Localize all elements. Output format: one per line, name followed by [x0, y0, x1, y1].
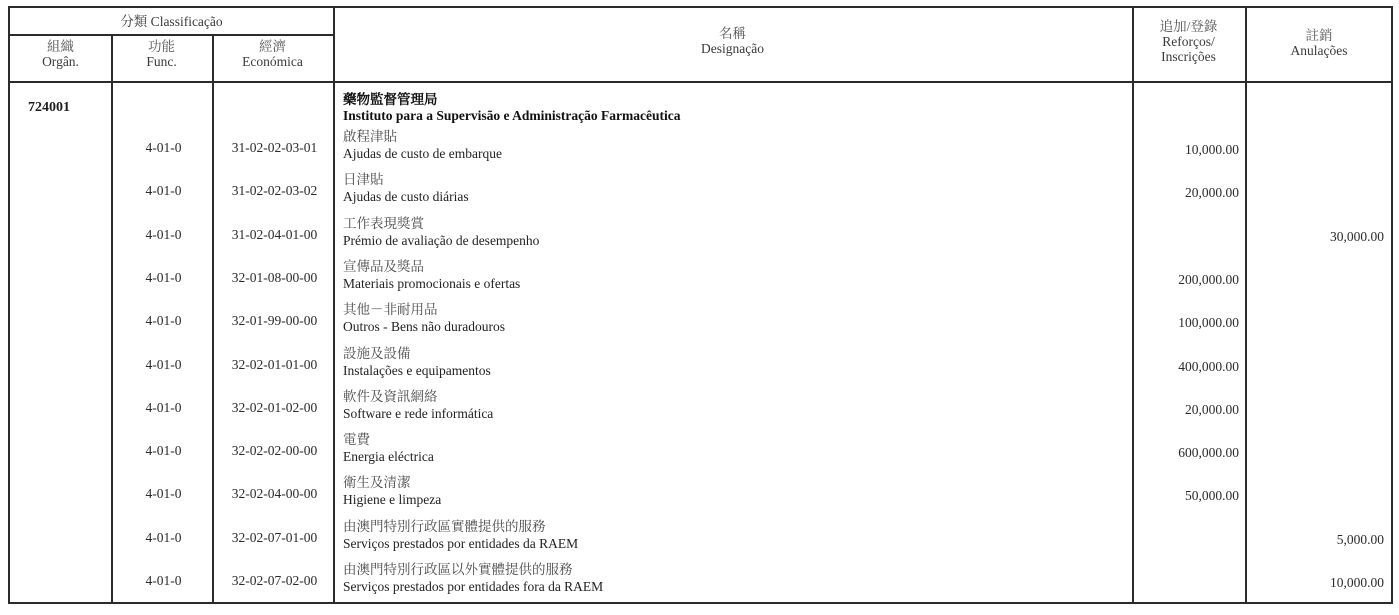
- header-func: 功能 Func.: [111, 39, 212, 69]
- reinforcement-amount: 20,000.00: [1136, 402, 1239, 418]
- func-code: 4-01-0: [113, 443, 214, 459]
- annulment-amount: 30,000.00: [1249, 229, 1384, 245]
- header-annulments-zh: 註銷: [1245, 28, 1393, 43]
- designation-pt: Serviços prestados por entidades da RAEM: [343, 535, 578, 552]
- header-organ-pt: Orgân.: [42, 54, 79, 69]
- header-econ-zh: 經濟: [212, 39, 333, 54]
- econ-code: 31-02-04-01-00: [214, 227, 335, 243]
- designation: 啟程津貼Ajudas de custo de embarque: [343, 128, 502, 162]
- econ-code: 32-02-01-02-00: [214, 400, 335, 416]
- econ-code: 32-02-07-01-00: [214, 530, 335, 546]
- header-organ-zh: 組織: [10, 39, 111, 54]
- table-row: 4-01-031-02-02-03-02日津貼Ajudas de custo d…: [10, 169, 1395, 212]
- table-row: 4-01-032-02-07-01-00由澳門特別行政區實體提供的服務Servi…: [10, 516, 1395, 559]
- reinforcement-amount: 10,000.00: [1136, 142, 1239, 158]
- table-row: 4-01-032-02-04-00-00衛生及清潔Higiene e limpe…: [10, 472, 1395, 515]
- reinforcement-amount: 50,000.00: [1136, 488, 1239, 504]
- designation-pt: Higiene e limpeza: [343, 491, 441, 508]
- designation-pt: Serviços prestados por entidades fora da…: [343, 578, 603, 595]
- designation-pt: Prémio de avaliação de desempenho: [343, 232, 539, 249]
- reinforcement-amount: 200,000.00: [1136, 272, 1239, 288]
- func-code: 4-01-0: [113, 313, 214, 329]
- agency-code: 724001: [28, 100, 70, 116]
- designation: 由澳門特別行政區以外實體提供的服務Serviços prestados por …: [343, 561, 603, 595]
- econ-code: 32-02-07-02-00: [214, 573, 335, 589]
- designation-zh: 設施及設備: [343, 345, 491, 362]
- header-designation: 名稱 Designação: [333, 26, 1132, 56]
- func-code: 4-01-0: [113, 357, 214, 373]
- designation-zh: 衛生及清潔: [343, 474, 441, 491]
- designation-pt: Materiais promocionais e ofertas: [343, 275, 520, 292]
- agency-name: 藥物監督管理局 Instituto para a Supervisão e Ad…: [343, 92, 680, 124]
- econ-code: 31-02-02-03-01: [214, 140, 335, 156]
- designation-zh: 由澳門特別行政區以外實體提供的服務: [343, 561, 603, 578]
- designation-pt: Software e rede informática: [343, 405, 493, 422]
- func-code: 4-01-0: [113, 183, 214, 199]
- designation-zh: 軟件及資訊網絡: [343, 388, 493, 405]
- designation-pt: Energia eléctrica: [343, 448, 434, 465]
- designation-zh: 電費: [343, 431, 434, 448]
- header-econ: 經濟 Económica: [212, 39, 333, 69]
- agency-name-pt: Instituto para a Supervisão e Administra…: [343, 108, 680, 123]
- header-reinforcements-pt: Reforços/ Inscrições: [1154, 34, 1224, 64]
- designation: 設施及設備Instalações e equipamentos: [343, 345, 491, 379]
- designation: 軟件及資訊網絡Software e rede informática: [343, 388, 493, 422]
- func-code: 4-01-0: [113, 140, 214, 156]
- reinforcement-amount: 20,000.00: [1136, 185, 1239, 201]
- designation: 日津貼Ajudas de custo diárias: [343, 171, 469, 205]
- table-row: 4-01-032-02-01-01-00設施及設備Instalações e e…: [10, 343, 1395, 386]
- header-designation-pt: Designação: [701, 41, 764, 56]
- divider: [10, 81, 1391, 83]
- designation-zh: 宣傳品及獎品: [343, 258, 520, 275]
- func-code: 4-01-0: [113, 573, 214, 589]
- designation: 電費Energia eléctrica: [343, 431, 434, 465]
- annulment-amount: 5,000.00: [1249, 532, 1384, 548]
- econ-code: 32-01-08-00-00: [214, 270, 335, 286]
- header-classification: 分類 Classificação: [10, 14, 333, 29]
- designation: 其他－非耐用品Outros - Bens não duradouros: [343, 301, 505, 335]
- designation-zh: 啟程津貼: [343, 128, 502, 145]
- divider: [10, 34, 333, 36]
- func-code: 4-01-0: [113, 486, 214, 502]
- header-func-pt: Func.: [146, 54, 176, 69]
- func-code: 4-01-0: [113, 270, 214, 286]
- header-reinforcements: 追加/登錄 Reforços/ Inscrições: [1132, 19, 1245, 64]
- table-row: 4-01-031-02-02-03-01啟程津貼Ajudas de custo …: [10, 126, 1395, 169]
- econ-code: 31-02-02-03-02: [214, 183, 335, 199]
- econ-code: 32-01-99-00-00: [214, 313, 335, 329]
- header-func-zh: 功能: [111, 39, 212, 54]
- header-organ: 組織 Orgân.: [10, 39, 111, 69]
- table-row: 4-01-032-02-01-02-00軟件及資訊網絡Software e re…: [10, 386, 1395, 429]
- designation-zh: 其他－非耐用品: [343, 301, 505, 318]
- budget-table: 分類 Classificação 組織 Orgân. 功能 Func. 經濟 E…: [8, 6, 1393, 604]
- table-row: 4-01-032-02-02-00-00電費Energia eléctrica6…: [10, 429, 1395, 472]
- designation-pt: Ajudas de custo de embarque: [343, 145, 502, 162]
- econ-code: 32-02-01-01-00: [214, 357, 335, 373]
- table-row: 4-01-031-02-04-01-00工作表現獎賞Prémio de aval…: [10, 213, 1395, 256]
- reinforcement-amount: 400,000.00: [1136, 359, 1239, 375]
- designation-zh: 工作表現獎賞: [343, 215, 539, 232]
- header-reinforcements-zh: 追加/登錄: [1132, 19, 1245, 34]
- designation-zh: 由澳門特別行政區實體提供的服務: [343, 518, 578, 535]
- func-code: 4-01-0: [113, 227, 214, 243]
- designation-pt: Outros - Bens não duradouros: [343, 318, 505, 335]
- header-annulments-pt: Anulações: [1291, 43, 1348, 58]
- func-code: 4-01-0: [113, 530, 214, 546]
- reinforcement-amount: 100,000.00: [1136, 315, 1239, 331]
- table-row: 4-01-032-01-99-00-00其他－非耐用品Outros - Bens…: [10, 299, 1395, 342]
- header-econ-pt: Económica: [242, 54, 303, 69]
- table-row: 4-01-032-01-08-00-00宣傳品及獎品Materiais prom…: [10, 256, 1395, 299]
- designation: 宣傳品及獎品Materiais promocionais e ofertas: [343, 258, 520, 292]
- designation-pt: Instalações e equipamentos: [343, 362, 491, 379]
- agency-name-zh: 藥物監督管理局: [343, 92, 680, 108]
- designation: 工作表現獎賞Prémio de avaliação de desempenho: [343, 215, 539, 249]
- header-designation-zh: 名稱: [333, 26, 1132, 41]
- designation: 由澳門特別行政區實體提供的服務Serviços prestados por en…: [343, 518, 578, 552]
- annulment-amount: 10,000.00: [1249, 575, 1384, 591]
- designation-pt: Ajudas de custo diárias: [343, 188, 469, 205]
- designation: 衛生及清潔Higiene e limpeza: [343, 474, 441, 508]
- header-annulments: 註銷 Anulações: [1245, 28, 1393, 58]
- econ-code: 32-02-02-00-00: [214, 443, 335, 459]
- func-code: 4-01-0: [113, 400, 214, 416]
- table-row: 4-01-032-02-07-02-00由澳門特別行政區以外實體提供的服務Ser…: [10, 559, 1395, 602]
- reinforcement-amount: 600,000.00: [1136, 445, 1239, 461]
- designation-zh: 日津貼: [343, 171, 469, 188]
- econ-code: 32-02-04-00-00: [214, 486, 335, 502]
